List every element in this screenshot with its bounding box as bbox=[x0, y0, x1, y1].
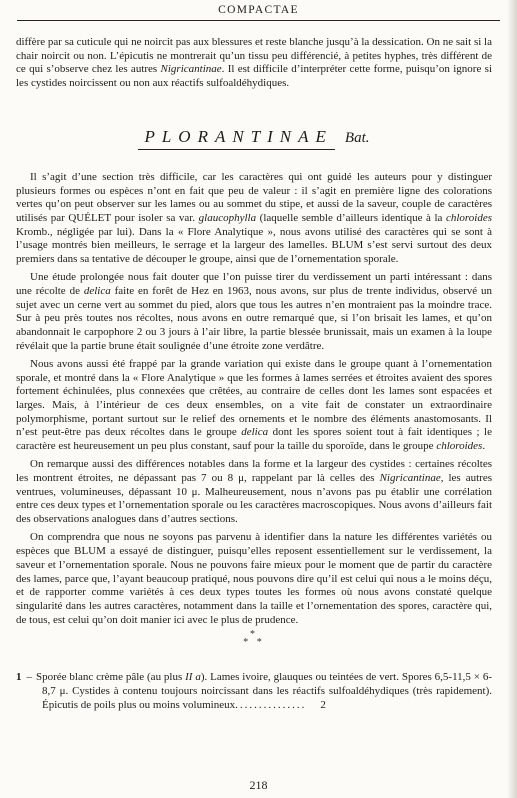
page-content: diffère par sa cuticule qui ne noircit p… bbox=[16, 36, 492, 712]
text-run: (laquelle semble d’ailleurs identique à … bbox=[256, 212, 446, 224]
running-header: COMPACTAE bbox=[0, 4, 517, 16]
paragraph: On remarque aussi des différences notabl… bbox=[16, 458, 492, 527]
paragraph: diffère par sa cuticule qui ne noircit p… bbox=[16, 36, 492, 91]
italic-text: II a bbox=[185, 671, 201, 683]
italic-text: chloroides bbox=[446, 212, 492, 224]
body-text: Il s’agit d’une section très difficile, … bbox=[16, 171, 492, 628]
page-number: 218 bbox=[0, 778, 517, 793]
dot-leader: ............... bbox=[235, 699, 306, 711]
italic-text: chloroides bbox=[436, 440, 482, 452]
key-list: 1–Sporée blanc crème pâle (au plus II a)… bbox=[16, 671, 492, 712]
section-heading: PLORANTINAEBat. bbox=[16, 127, 492, 150]
book-page: COMPACTAE diffère par sa cuticule qui ne… bbox=[0, 0, 517, 798]
paragraph: Il s’agit d’une section très difficile, … bbox=[16, 171, 492, 267]
italic-text: Nigricantinae bbox=[161, 63, 222, 75]
asterism-row-bottom: * * bbox=[16, 639, 492, 647]
section-authority: Bat. bbox=[345, 130, 370, 146]
asterism-separator: * * * bbox=[16, 631, 492, 647]
text-run: On comprendra que nous ne soyons pas par… bbox=[16, 531, 492, 625]
section-name: PLORANTINAE bbox=[138, 127, 334, 150]
key-item-ref: 2 bbox=[306, 699, 326, 711]
key-item: 1–Sporée blanc crème pâle (au plus II a)… bbox=[16, 671, 492, 712]
intro-text: diffère par sa cuticule qui ne noircit p… bbox=[16, 36, 492, 91]
text-run: . bbox=[482, 440, 485, 452]
paragraph: Nous avons aussi été frappé par la grand… bbox=[16, 358, 492, 454]
text-run: Sporée blanc crème pâle (au plus bbox=[36, 671, 185, 683]
italic-text: delica bbox=[241, 426, 268, 438]
key-item-number: 1 bbox=[16, 671, 22, 683]
italic-text: glaucophylla bbox=[199, 212, 256, 224]
italic-text: delica bbox=[84, 285, 111, 297]
paragraph: Une étude prolongée nous fait douter que… bbox=[16, 271, 492, 353]
paragraph: On comprendra que nous ne soyons pas par… bbox=[16, 531, 492, 627]
text-run: Kromb., négligée par lui). Dans la « Flo… bbox=[16, 226, 492, 265]
header-rule bbox=[17, 20, 500, 21]
italic-text: Nigricantinae bbox=[380, 472, 441, 484]
key-item-dash: – bbox=[22, 671, 37, 683]
